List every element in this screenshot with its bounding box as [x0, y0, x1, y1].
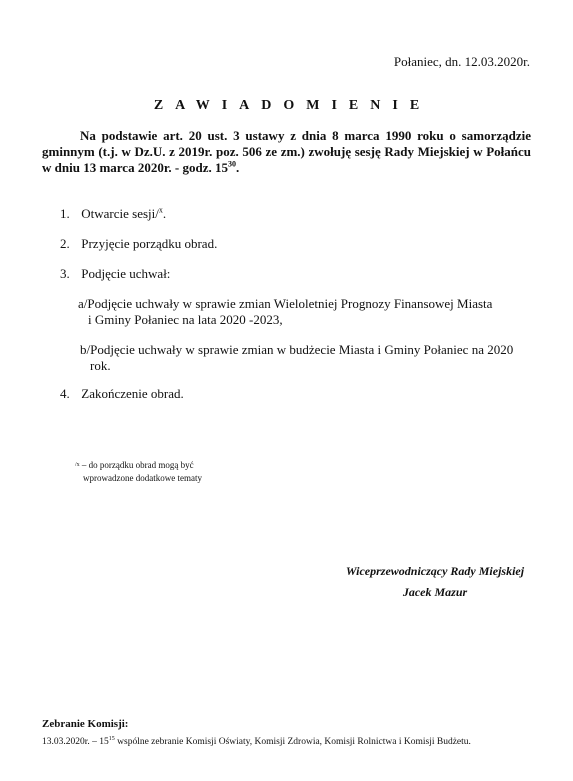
document-title: ZAWIADOMIENIE — [0, 98, 573, 114]
signature-name: Jacek Mazur — [330, 585, 540, 600]
agenda-item-number: 4. — [60, 386, 78, 402]
agenda-item-4: 4. Zakończenie obrad. — [60, 386, 184, 402]
intro-time-superscript: 30 — [228, 160, 236, 169]
subitem-line-2: rok. — [80, 358, 532, 374]
subitem-line-1: a/Podjęcie uchwały w sprawie zmian Wielo… — [78, 296, 492, 311]
agenda-item-number: 3. — [60, 266, 78, 282]
agenda-item-label: Przyjęcie porządku obrad. — [81, 236, 217, 251]
signature-role: Wiceprzewodniczący Rady Miejskiej — [330, 564, 540, 579]
committee-description: wspólne zebranie Komisji Oświaty, Komisj… — [115, 737, 471, 747]
footnote-line-1: – do porządku obrad mogą być — [80, 460, 194, 470]
subitem-line-1: b/Podjęcie uchwały w sprawie zmian w bud… — [80, 342, 513, 357]
agenda-item-label: Zakończenie obrad. — [81, 386, 184, 401]
footnote: /x – do porządku obrad mogą być wprowadz… — [75, 459, 202, 485]
agenda-item-suffix: . — [163, 206, 166, 221]
committee-note: 13.03.2020r. – 1515 wspólne zebranie Kom… — [42, 737, 471, 747]
agenda-item-label: Podjęcie uchwał: — [81, 266, 170, 281]
agenda-subitem-b: b/Podjęcie uchwały w sprawie zmian w bud… — [80, 342, 532, 374]
document-date: Połaniec, dn. 12.03.2020r. — [394, 54, 530, 70]
agenda-item-3: 3. Podjęcie uchwał: — [60, 266, 170, 282]
committee-title: Zebranie Komisji: — [42, 718, 128, 730]
subitem-line-2: i Gminy Połaniec na lata 2020 -2023, — [78, 312, 533, 328]
intro-text: Na podstawie art. 20 ust. 3 ustawy z dni… — [42, 128, 531, 175]
agenda-item-label: Otwarcie sesji/ — [81, 206, 159, 221]
agenda-item-2: 2. Przyjęcie porządku obrad. — [60, 236, 217, 252]
intro-end: . — [236, 160, 239, 175]
intro-paragraph: Na podstawie art. 20 ust. 3 ustawy z dni… — [42, 128, 531, 176]
agenda-item-number: 1. — [60, 206, 78, 222]
agenda-item-number: 2. — [60, 236, 78, 252]
agenda-subitem-a: a/Podjęcie uchwały w sprawie zmian Wielo… — [78, 296, 533, 328]
agenda-item-1: 1. Otwarcie sesji/x. — [60, 206, 166, 222]
footnote-line-2: wprowadzone dodatkowe tematy — [75, 472, 202, 485]
committee-date: 13.03.2020r. – 15 — [42, 737, 109, 747]
